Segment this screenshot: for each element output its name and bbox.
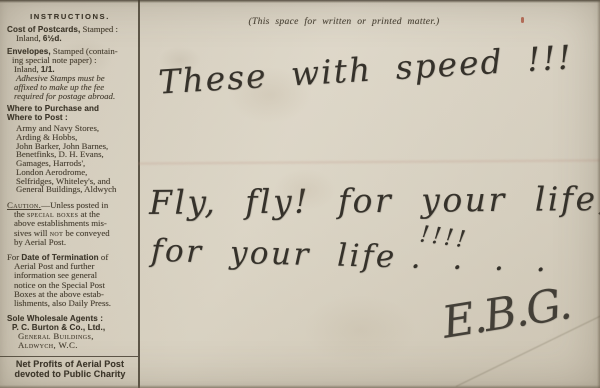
adhesive-stamps-paragraph: Adhesive Stamps must be affixed to make … [7,74,133,102]
handwriting-line-1: These with speed !!! [157,37,574,101]
store-list: Army and Navy Stores, Arding & Hobbs, Jo… [7,124,133,194]
column-divider-line [138,0,140,388]
cost-inland: Inland, [16,33,43,43]
instructions-panel: INSTRUCTIONS. Cost of Postcards, Stamped… [0,0,138,388]
agents-heading: Sole Wholesale Agents : [7,314,133,323]
handwritten-signature: E.B.G. [439,278,573,348]
cost-rest: Stamped : [80,24,118,34]
term-post: of [99,252,109,262]
handwriting-line-3-text: for your life [151,233,398,275]
termination-paragraph: For Date of Termination of Aerial Post a… [7,253,133,308]
where-line-1: Where to Purchase and [7,104,133,113]
red-ink-speck [521,17,524,23]
horizontal-paper-crease [138,158,600,165]
adhesive-line-3: required for postage abroad. [7,92,133,101]
caution-paragraph: Caution.—Unless posted in the special bo… [7,201,133,247]
cost-line-2: Inland, 6½d. [7,34,133,43]
printed-space-note: (This space for written or printed matte… [150,16,538,27]
handwriting-line-2: Fly, fly! for your life, [149,179,600,222]
wholesale-agents-block: Sole Wholesale Agents : P. C. Burton & C… [7,314,133,350]
agents-address-2: Aldwych, W.C. [7,341,133,350]
instructions-title: INSTRUCTIONS. [7,12,133,21]
caution-l4-post: be conveyed [63,228,109,238]
postcard-scan: INSTRUCTIONS. Cost of Postcards, Stamped… [0,0,600,388]
cost-of-postcards-paragraph: Cost of Postcards, Stamped : Inland, 6½d… [7,25,133,43]
where-to-post-heading: Where to Purchase and Where to Post : [7,104,133,122]
footer-divider-rule [0,356,138,357]
footer-line-2: devoted to Public Charity [7,370,133,380]
handwriting-line-3: for your life. . . . !!!! [151,233,551,279]
cost-price: 6½d. [43,34,62,43]
caution-line-5: by Aerial Post. [7,238,133,247]
store-item: General Buildings, Aldwych [7,185,133,194]
charity-footer: Net Profits of Aerial Post devoted to Pu… [7,360,133,379]
envelopes-paragraph: Envelopes, Stamped (contain- ing special… [7,47,133,75]
termination-line-6: lishments, also Daily Press. [7,299,133,308]
where-line-2: Where to Post : [7,113,133,122]
